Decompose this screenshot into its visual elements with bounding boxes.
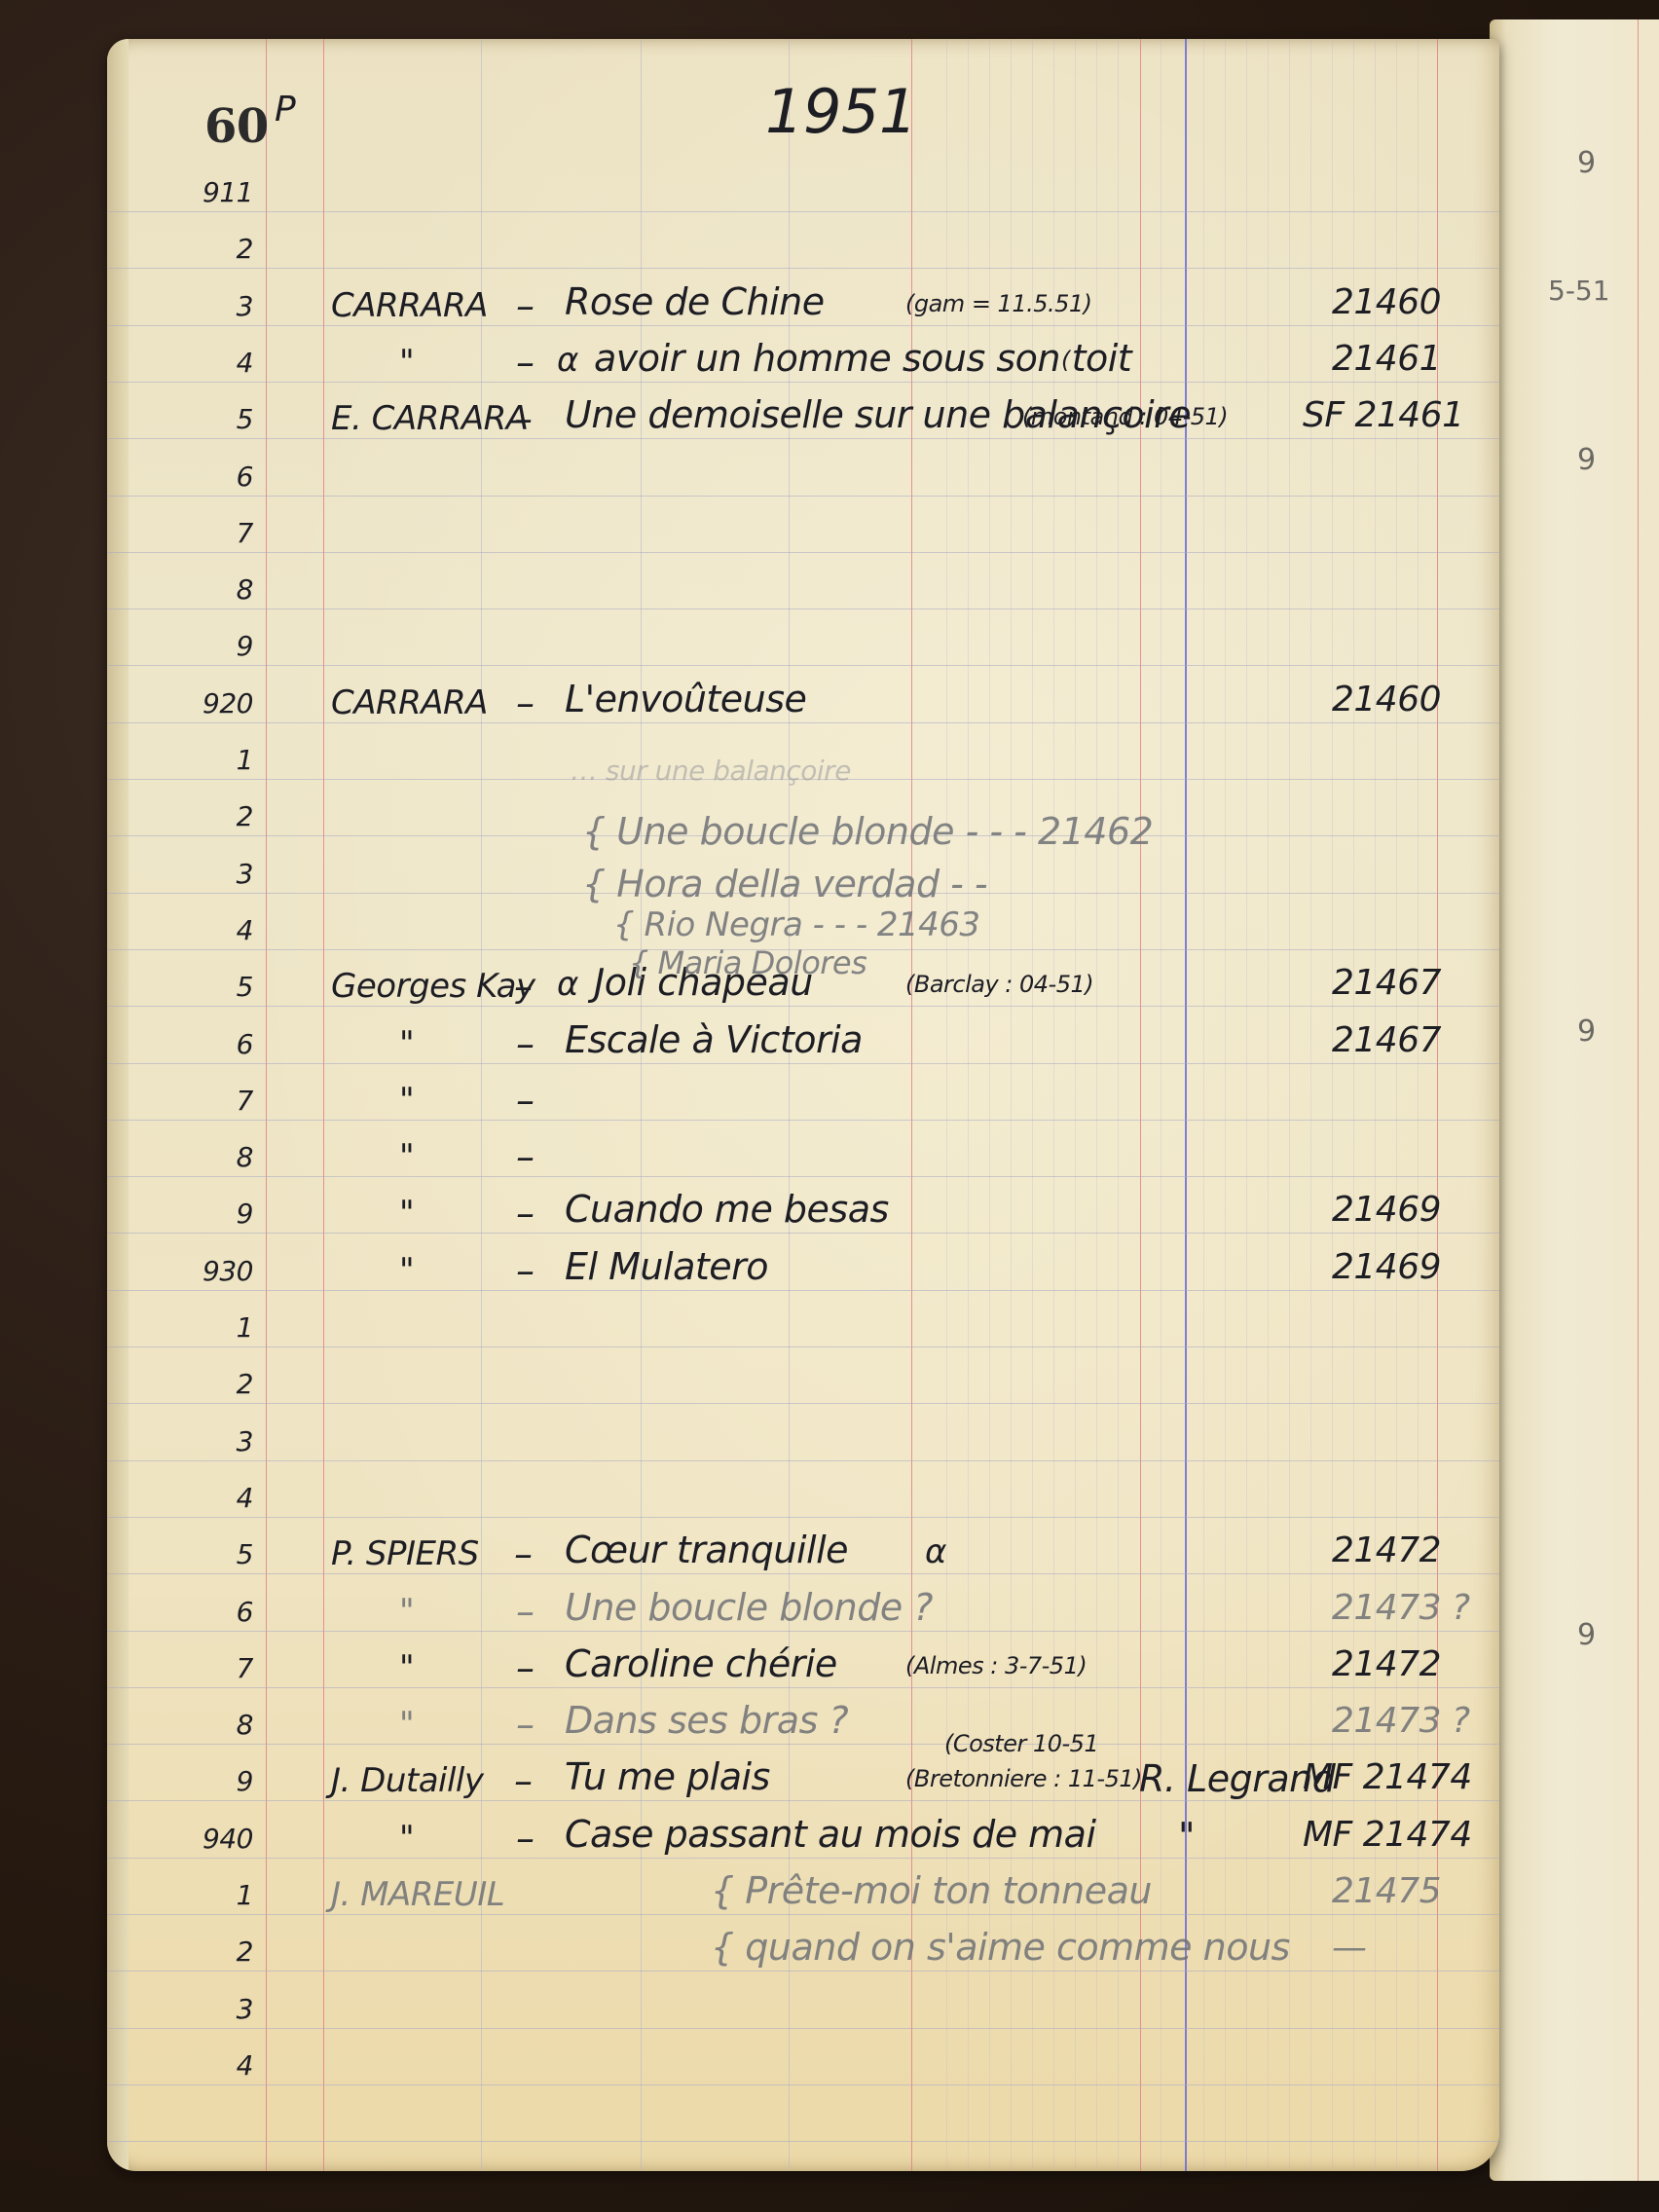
- row-number: 6: [146, 461, 253, 493]
- artist-name: ": [399, 1592, 414, 1631]
- ruled-line: [107, 325, 1499, 326]
- song-title: Escale à Victoria: [565, 1018, 863, 1061]
- entry-dash: –: [516, 1590, 535, 1633]
- fine-grid-line: [1161, 39, 1161, 2171]
- ruled-line: [107, 1176, 1499, 1177]
- catalog-number: 21461: [1332, 339, 1441, 379]
- facing-margin-line: [1638, 19, 1639, 2181]
- ruled-line: [107, 1631, 1499, 1632]
- artist-name: Georges Kay: [331, 967, 535, 1006]
- artist-name: J. Dutailly: [331, 1761, 484, 1800]
- artist-name: ": [399, 1194, 414, 1233]
- ruled-line: [107, 2084, 1499, 2085]
- artist-name: ": [399, 1137, 414, 1176]
- row-number: 4: [146, 914, 253, 946]
- ruled-line: [107, 552, 1499, 553]
- ruled-line: [107, 211, 1499, 212]
- year-heading: 1951: [765, 76, 917, 147]
- entry-dash: –: [516, 1249, 535, 1292]
- entry-dash: –: [514, 1532, 533, 1575]
- catalog-number: 21460: [1332, 282, 1441, 322]
- row-number: 6: [146, 1596, 253, 1628]
- facing-page: 9 5-51 9 9 9: [1490, 19, 1659, 2181]
- artist-name: ": [399, 1819, 414, 1858]
- row-number: 930: [146, 1255, 253, 1287]
- row-number: 4: [146, 2049, 253, 2082]
- row-number: 2: [146, 233, 253, 265]
- grid-line: [481, 39, 482, 2171]
- entry-dash: –: [516, 682, 535, 724]
- entry-dash: –: [516, 1079, 535, 1122]
- row-number: 8: [146, 573, 253, 606]
- entry-dash: –: [514, 397, 533, 440]
- page-number: 60: [204, 99, 269, 154]
- row-number: 8: [146, 1141, 253, 1173]
- row-number: 9: [146, 1198, 253, 1230]
- song-title: Caroline chérie: [565, 1642, 837, 1685]
- ruled-line: [107, 1800, 1499, 1801]
- alpha-mark: α: [557, 965, 578, 1004]
- catalog-number: 21460: [1332, 680, 1441, 719]
- label-note: (montand : 04-51): [1022, 403, 1228, 430]
- label-note: (Almes : 3-7-51): [905, 1652, 1087, 1679]
- row-number: 6: [146, 1028, 253, 1060]
- ruled-line: [107, 1346, 1499, 1347]
- artist-name: P. SPIERS: [331, 1534, 479, 1573]
- catalog-number: 21467: [1332, 1020, 1441, 1060]
- pencil-annotation: { Hora della verdad - -: [582, 863, 987, 905]
- ruled-line: [107, 1120, 1499, 1121]
- artist-name: CARRARA: [331, 286, 488, 325]
- song-title: Cuando me besas: [565, 1188, 889, 1231]
- catalog-number: 21475: [1332, 1871, 1441, 1911]
- row-number: 3: [146, 858, 253, 890]
- ruled-line: [107, 1687, 1499, 1688]
- ledger-page: 60 P 1951 91123CARRARA–Rose de Chine(gam…: [107, 39, 1499, 2171]
- label-note-above: (Coster 10-51: [944, 1730, 1098, 1757]
- song-title: L'envoûteuse: [565, 678, 806, 720]
- row-number: 7: [146, 517, 253, 549]
- ruled-line: [107, 608, 1499, 609]
- artist-name: ": [399, 1705, 414, 1744]
- row-number: 9: [146, 630, 253, 662]
- row-number: 2: [146, 1935, 253, 1968]
- facing-page-fragment: 9: [1577, 443, 1596, 477]
- ruled-line: [107, 1517, 1499, 1518]
- row-number: 8: [146, 1709, 253, 1741]
- row-number: 3: [146, 1425, 253, 1457]
- entry-dash: –: [516, 1192, 535, 1235]
- pencil-annotation: { Une boucle blonde - - - 21462: [582, 810, 1153, 853]
- margin-line: [266, 39, 267, 2171]
- composer-name: ": [1178, 1815, 1195, 1858]
- ruled-line: [107, 1858, 1499, 1859]
- row-number: 7: [146, 1085, 253, 1117]
- song-title: { Prête-moi ton tonneau: [711, 1869, 1152, 1912]
- entry-dash: –: [516, 1703, 535, 1746]
- song-title: Rose de Chine: [565, 280, 825, 323]
- song-title: Case passant au mois de mai: [565, 1813, 1096, 1856]
- label-note: (: [1061, 347, 1070, 374]
- entry-dash: –: [516, 1135, 535, 1178]
- row-number: 940: [146, 1823, 253, 1855]
- artist-name: ": [399, 1024, 414, 1063]
- song-title: Tu me plais: [565, 1755, 770, 1798]
- entry-dash: –: [516, 1817, 535, 1860]
- artist-name: ": [399, 1081, 414, 1120]
- row-number: 911: [146, 176, 253, 208]
- facing-page-fragment: 5-51: [1548, 275, 1610, 307]
- artist-name: ": [399, 1251, 414, 1290]
- row-number: 2: [146, 800, 253, 832]
- page-number-suffix: P: [275, 90, 295, 129]
- ruled-line: [107, 1063, 1499, 1064]
- row-number: 3: [146, 290, 253, 322]
- facing-page-fragment: 9: [1577, 146, 1596, 180]
- row-number: 920: [146, 687, 253, 719]
- row-number: 9: [146, 1765, 253, 1797]
- facing-page-fragment: 9: [1577, 1618, 1596, 1652]
- fine-grid-line: [1246, 39, 1247, 2171]
- catalog-number: 21469: [1332, 1190, 1441, 1230]
- row-number: 3: [146, 1993, 253, 2025]
- ruled-line: [107, 496, 1499, 497]
- song-title: Une boucle blonde ?: [565, 1586, 933, 1629]
- alpha-mark: α: [925, 1532, 946, 1571]
- entry-dash: –: [516, 1022, 535, 1065]
- ruled-line: [107, 1914, 1499, 1915]
- ruled-line: [107, 1233, 1499, 1234]
- catalog-number: 21473 ?: [1332, 1588, 1470, 1628]
- ruled-line: [107, 1573, 1499, 1574]
- alpha-mark: α: [557, 341, 578, 380]
- ruled-line: [107, 665, 1499, 666]
- artist-name: ": [399, 1648, 414, 1687]
- label-note: (gam = 11.5.51): [905, 290, 1092, 317]
- artist-name: J. MAREUIL: [331, 1875, 504, 1914]
- row-number: 2: [146, 1368, 253, 1400]
- row-number: 7: [146, 1652, 253, 1684]
- page-edge: [107, 39, 129, 2171]
- margin-line: [323, 39, 324, 2171]
- pencil-annotation: { Rio Negra - - - 21463: [613, 905, 980, 944]
- song-title: avoir un homme sous son toit: [594, 337, 1131, 380]
- row-number: 4: [146, 1482, 253, 1514]
- fine-grid-line: [1268, 39, 1269, 2171]
- song-title: Dans ses bras ?: [565, 1699, 848, 1742]
- ruled-line: [107, 438, 1499, 439]
- row-number: 5: [146, 1538, 253, 1570]
- catalog-number: —: [1332, 1928, 1367, 1968]
- row-number: 1: [146, 744, 253, 776]
- ruled-line: [107, 1744, 1499, 1745]
- catalog-number: 21467: [1332, 963, 1441, 1003]
- catalog-number: 21472: [1332, 1530, 1441, 1570]
- entry-dash: –: [514, 1759, 533, 1802]
- row-number: 1: [146, 1311, 253, 1344]
- facing-page-fragment: 9: [1577, 1014, 1596, 1049]
- ruled-line: [107, 722, 1499, 723]
- catalog-number: 21472: [1332, 1644, 1441, 1684]
- pencil-annotation: { Maria Dolores: [629, 944, 866, 981]
- fine-grid-line: [1289, 39, 1290, 2171]
- row-number: 5: [146, 403, 253, 435]
- label-note: (Barclay : 04-51): [905, 971, 1093, 998]
- entry-dash: –: [516, 1646, 535, 1689]
- song-title: Cœur tranquille: [565, 1529, 848, 1571]
- song-title: { quand on s'aime comme nous: [711, 1926, 1290, 1969]
- artist-name: ": [399, 343, 414, 382]
- catalog-number: MF 21474: [1303, 1757, 1472, 1797]
- fine-grid-line: [1203, 39, 1204, 2171]
- row-number: 4: [146, 347, 253, 379]
- artist-name: CARRARA: [331, 683, 488, 722]
- erased-text: … sur une balançoire: [571, 755, 851, 787]
- catalog-number: MF 21474: [1303, 1815, 1472, 1855]
- ruled-line: [107, 268, 1499, 269]
- row-number: 5: [146, 971, 253, 1003]
- catalog-number: 21469: [1332, 1247, 1441, 1287]
- catalog-number: SF 21461: [1303, 395, 1464, 435]
- ruled-line: [107, 1403, 1499, 1404]
- song-title: El Mulatero: [565, 1245, 768, 1288]
- fine-grid-line: [1225, 39, 1226, 2171]
- ruled-line: [107, 1971, 1499, 1972]
- ruled-line: [107, 382, 1499, 383]
- ruled-line: [107, 2028, 1499, 2029]
- artist-name: E. CARRARA: [331, 399, 529, 438]
- ruled-line: [107, 1290, 1499, 1291]
- catalog-number: 21473 ?: [1332, 1701, 1470, 1741]
- ruled-line: [107, 2141, 1499, 2142]
- row-number: 1: [146, 1879, 253, 1911]
- label-note: (Bretonniere : 11-51): [905, 1765, 1142, 1792]
- entry-dash: –: [516, 284, 535, 327]
- ruled-line: [107, 1006, 1499, 1007]
- ruled-line: [107, 1460, 1499, 1461]
- column-line: [1140, 39, 1141, 2171]
- entry-dash: –: [514, 965, 533, 1008]
- entry-dash: –: [516, 341, 535, 384]
